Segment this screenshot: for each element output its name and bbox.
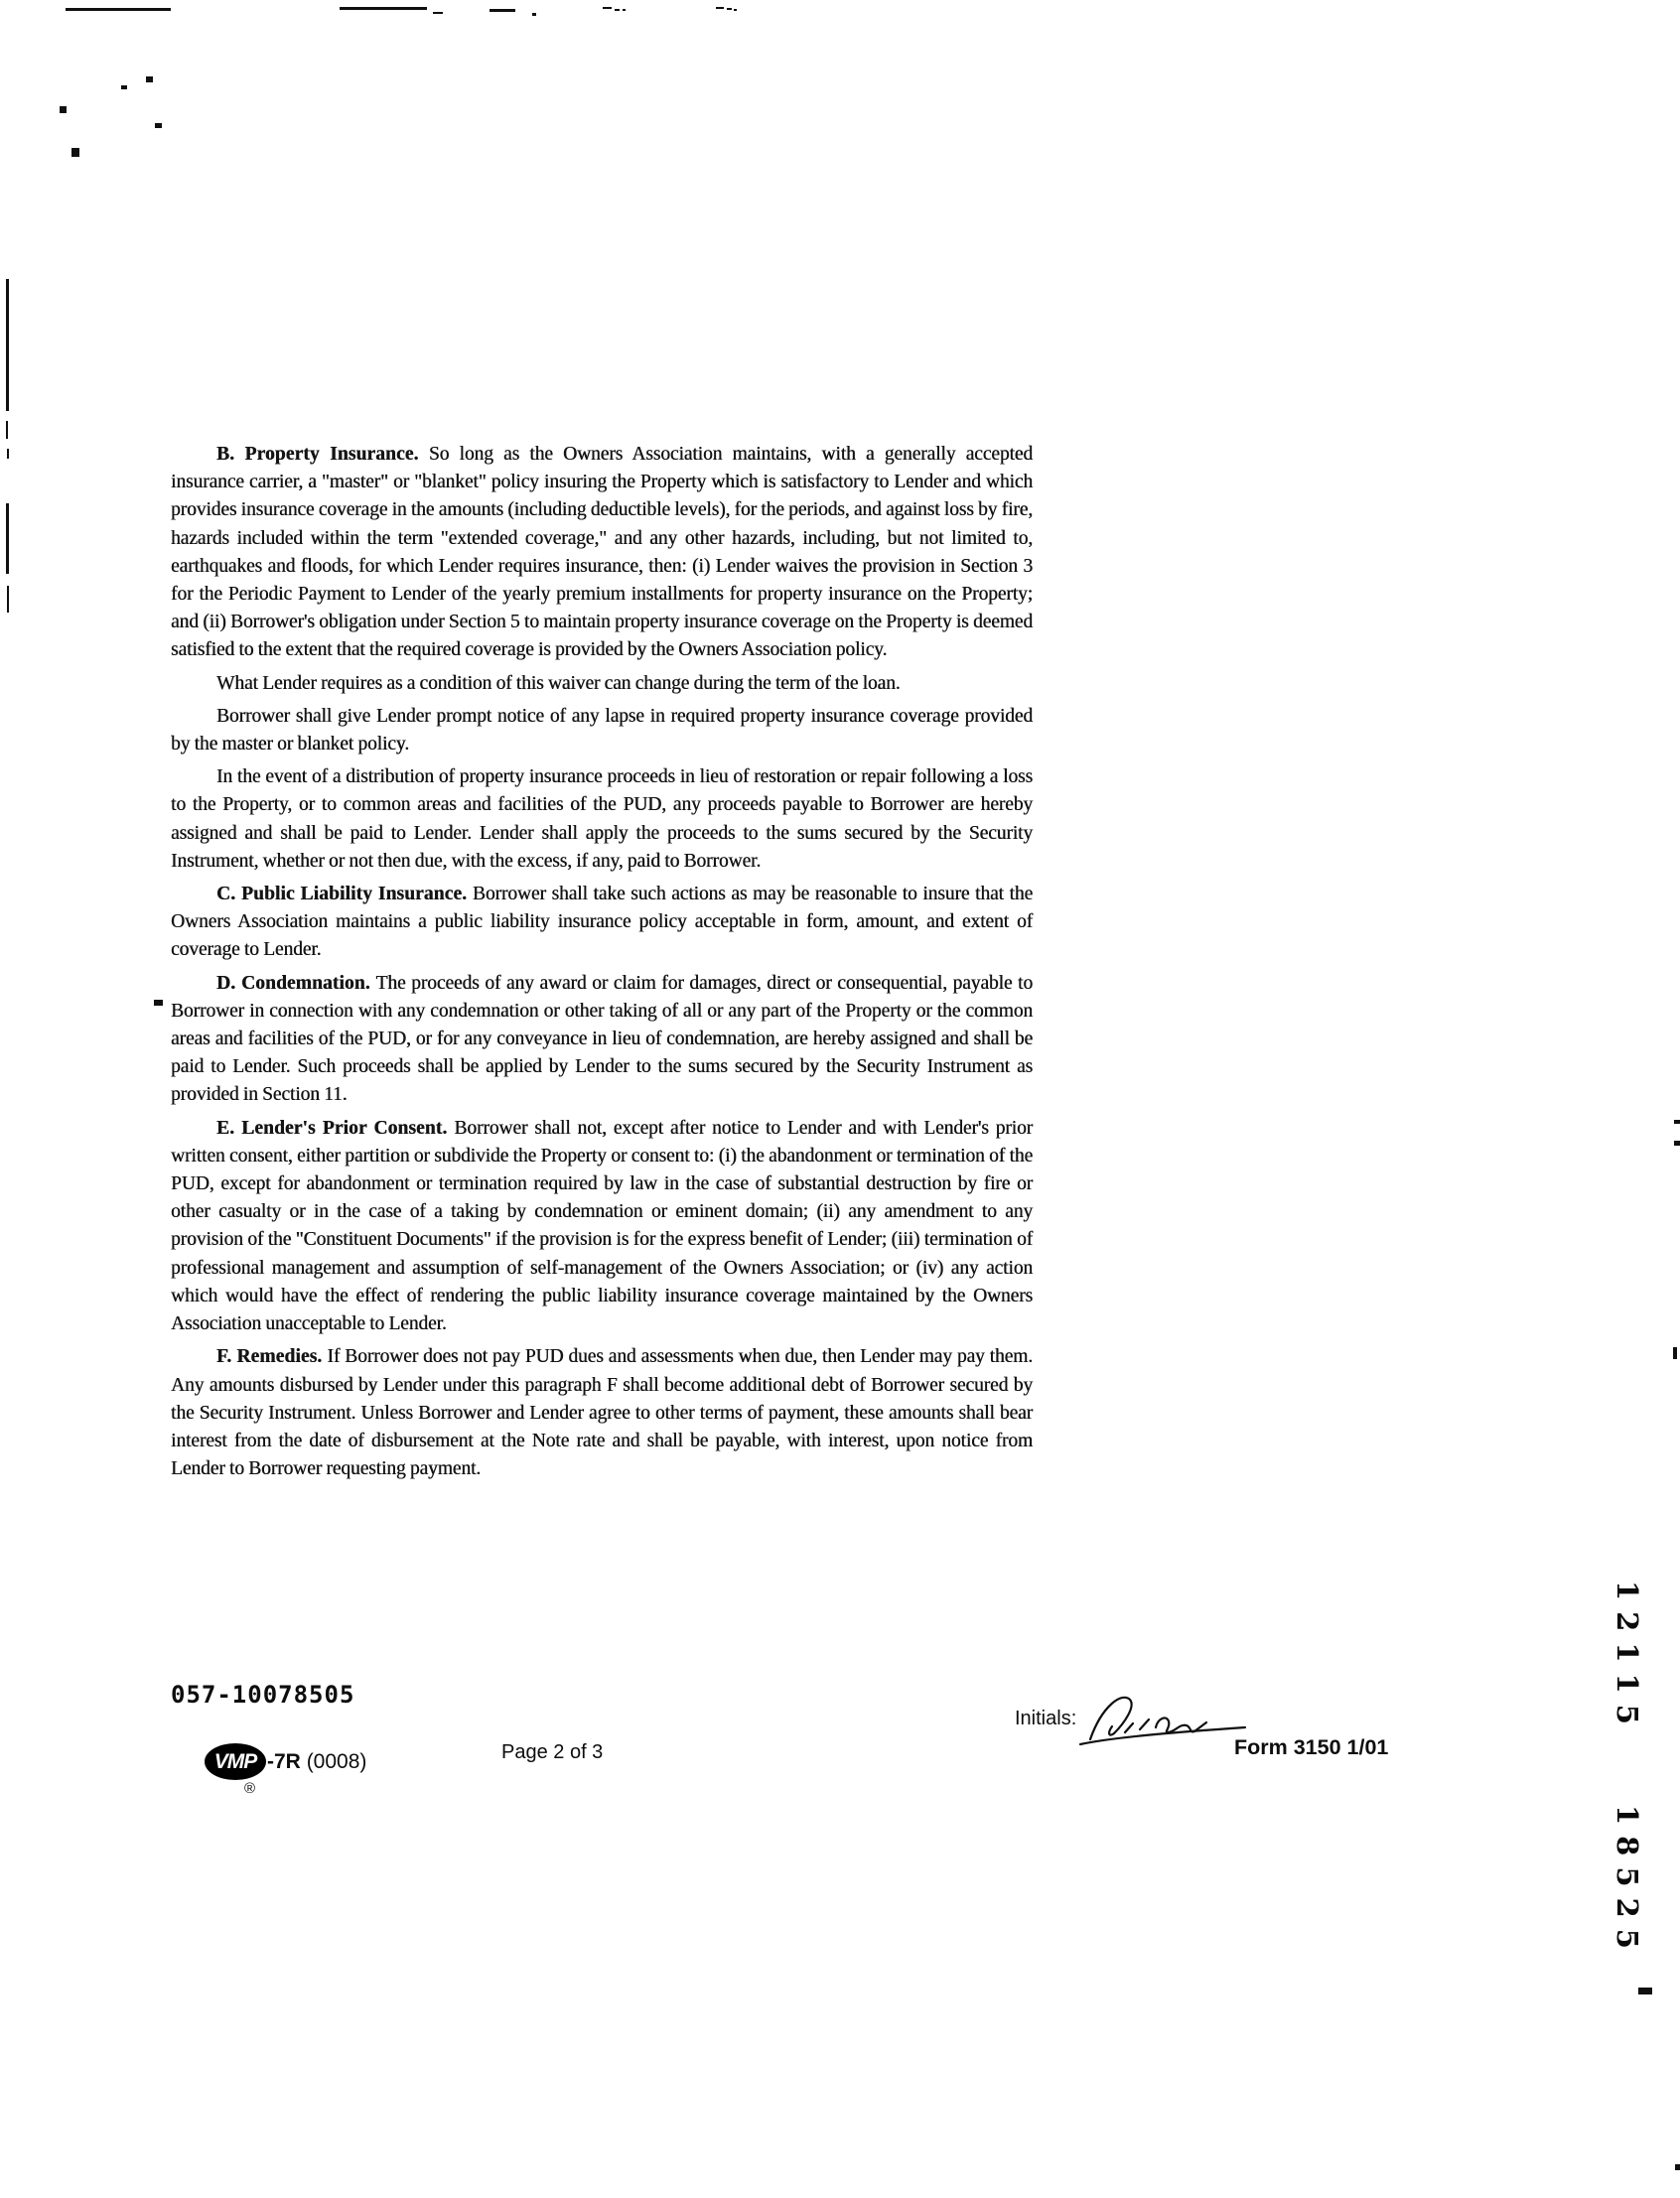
scan-artifact: [7, 586, 9, 613]
section-heading: F. Remedies.: [216, 1346, 327, 1367]
paragraph: E. Lender's Prior Consent. Borrower shal…: [171, 1115, 1033, 1339]
paragraph: Borrower shall give Lender prompt notice…: [171, 703, 1033, 758]
scanned-document-page: B. Property Insurance. So long as the Ow…: [0, 0, 1680, 2198]
initials-label: Initials:: [1015, 1708, 1076, 1730]
document-body: B. Property Insurance. So long as the Ow…: [171, 441, 1033, 1488]
form-number: Form 3150 1/01: [1234, 1735, 1388, 1760]
scan-artifact: [1673, 1347, 1677, 1359]
scan-artifact: [6, 503, 9, 574]
signature-icon: [1078, 1688, 1249, 1753]
paragraph: F. Remedies. If Borrower does not pay PU…: [171, 1343, 1033, 1483]
vmp-form-code-row: VMP-7R (0008): [205, 1743, 366, 1787]
page-indicator: Page 2 of 3: [501, 1741, 603, 1764]
vmp-form-paren: (0008): [307, 1750, 367, 1773]
paragraph: What Lender requires as a condition of t…: [171, 670, 1033, 698]
section-heading: E. Lender's Prior Consent.: [216, 1118, 454, 1139]
scan-artifact: [6, 279, 9, 411]
scan-artifact: [603, 7, 612, 9]
section-heading: C. Public Liability Insurance.: [216, 884, 473, 904]
scan-artifact: [154, 1000, 163, 1006]
scan-artifact: [623, 9, 626, 11]
registered-trademark-icon: ®: [244, 1780, 255, 1797]
scan-artifact: [716, 7, 724, 9]
scan-artifact: [1674, 1141, 1680, 1146]
scan-artifact: [734, 9, 737, 11]
section-heading: B. Property Insurance.: [216, 444, 429, 465]
scan-artifact: [155, 123, 162, 128]
scan-artifact: [66, 8, 171, 11]
scan-artifact: [532, 13, 536, 16]
scan-artifact: [727, 8, 732, 10]
scan-artifact: [146, 76, 153, 82]
section-heading: D. Condemnation.: [216, 973, 375, 994]
paragraph: In the event of a distribution of proper…: [171, 763, 1033, 876]
scan-artifact: [6, 421, 8, 439]
scan-artifact: [615, 9, 620, 11]
paragraph: C. Public Liability Insurance. Borrower …: [171, 881, 1033, 965]
loan-number: 057-10078505: [171, 1681, 354, 1709]
scan-artifact: [340, 7, 427, 10]
scan-artifact: [1675, 2164, 1680, 2170]
scan-artifact: [1674, 1120, 1680, 1124]
scan-artifact: [60, 106, 67, 113]
scan-artifact: [433, 12, 443, 14]
edge-stamp-bottom: 18525: [1610, 1805, 1644, 1960]
scan-artifact: [71, 148, 79, 157]
paragraph: D. Condemnation. The proceeds of any awa…: [171, 970, 1033, 1110]
paragraph: B. Property Insurance. So long as the Ow…: [171, 441, 1033, 665]
scan-artifact: [7, 449, 9, 459]
initials-signature: [1078, 1688, 1249, 1758]
vmp-form-code: -7R: [267, 1750, 301, 1773]
scan-artifact: [1638, 1988, 1652, 1994]
edge-stamp-top: 12115: [1610, 1580, 1644, 1735]
vmp-logo: VMP: [205, 1743, 266, 1780]
scan-artifact: [121, 85, 127, 89]
scan-artifact: [490, 9, 515, 12]
